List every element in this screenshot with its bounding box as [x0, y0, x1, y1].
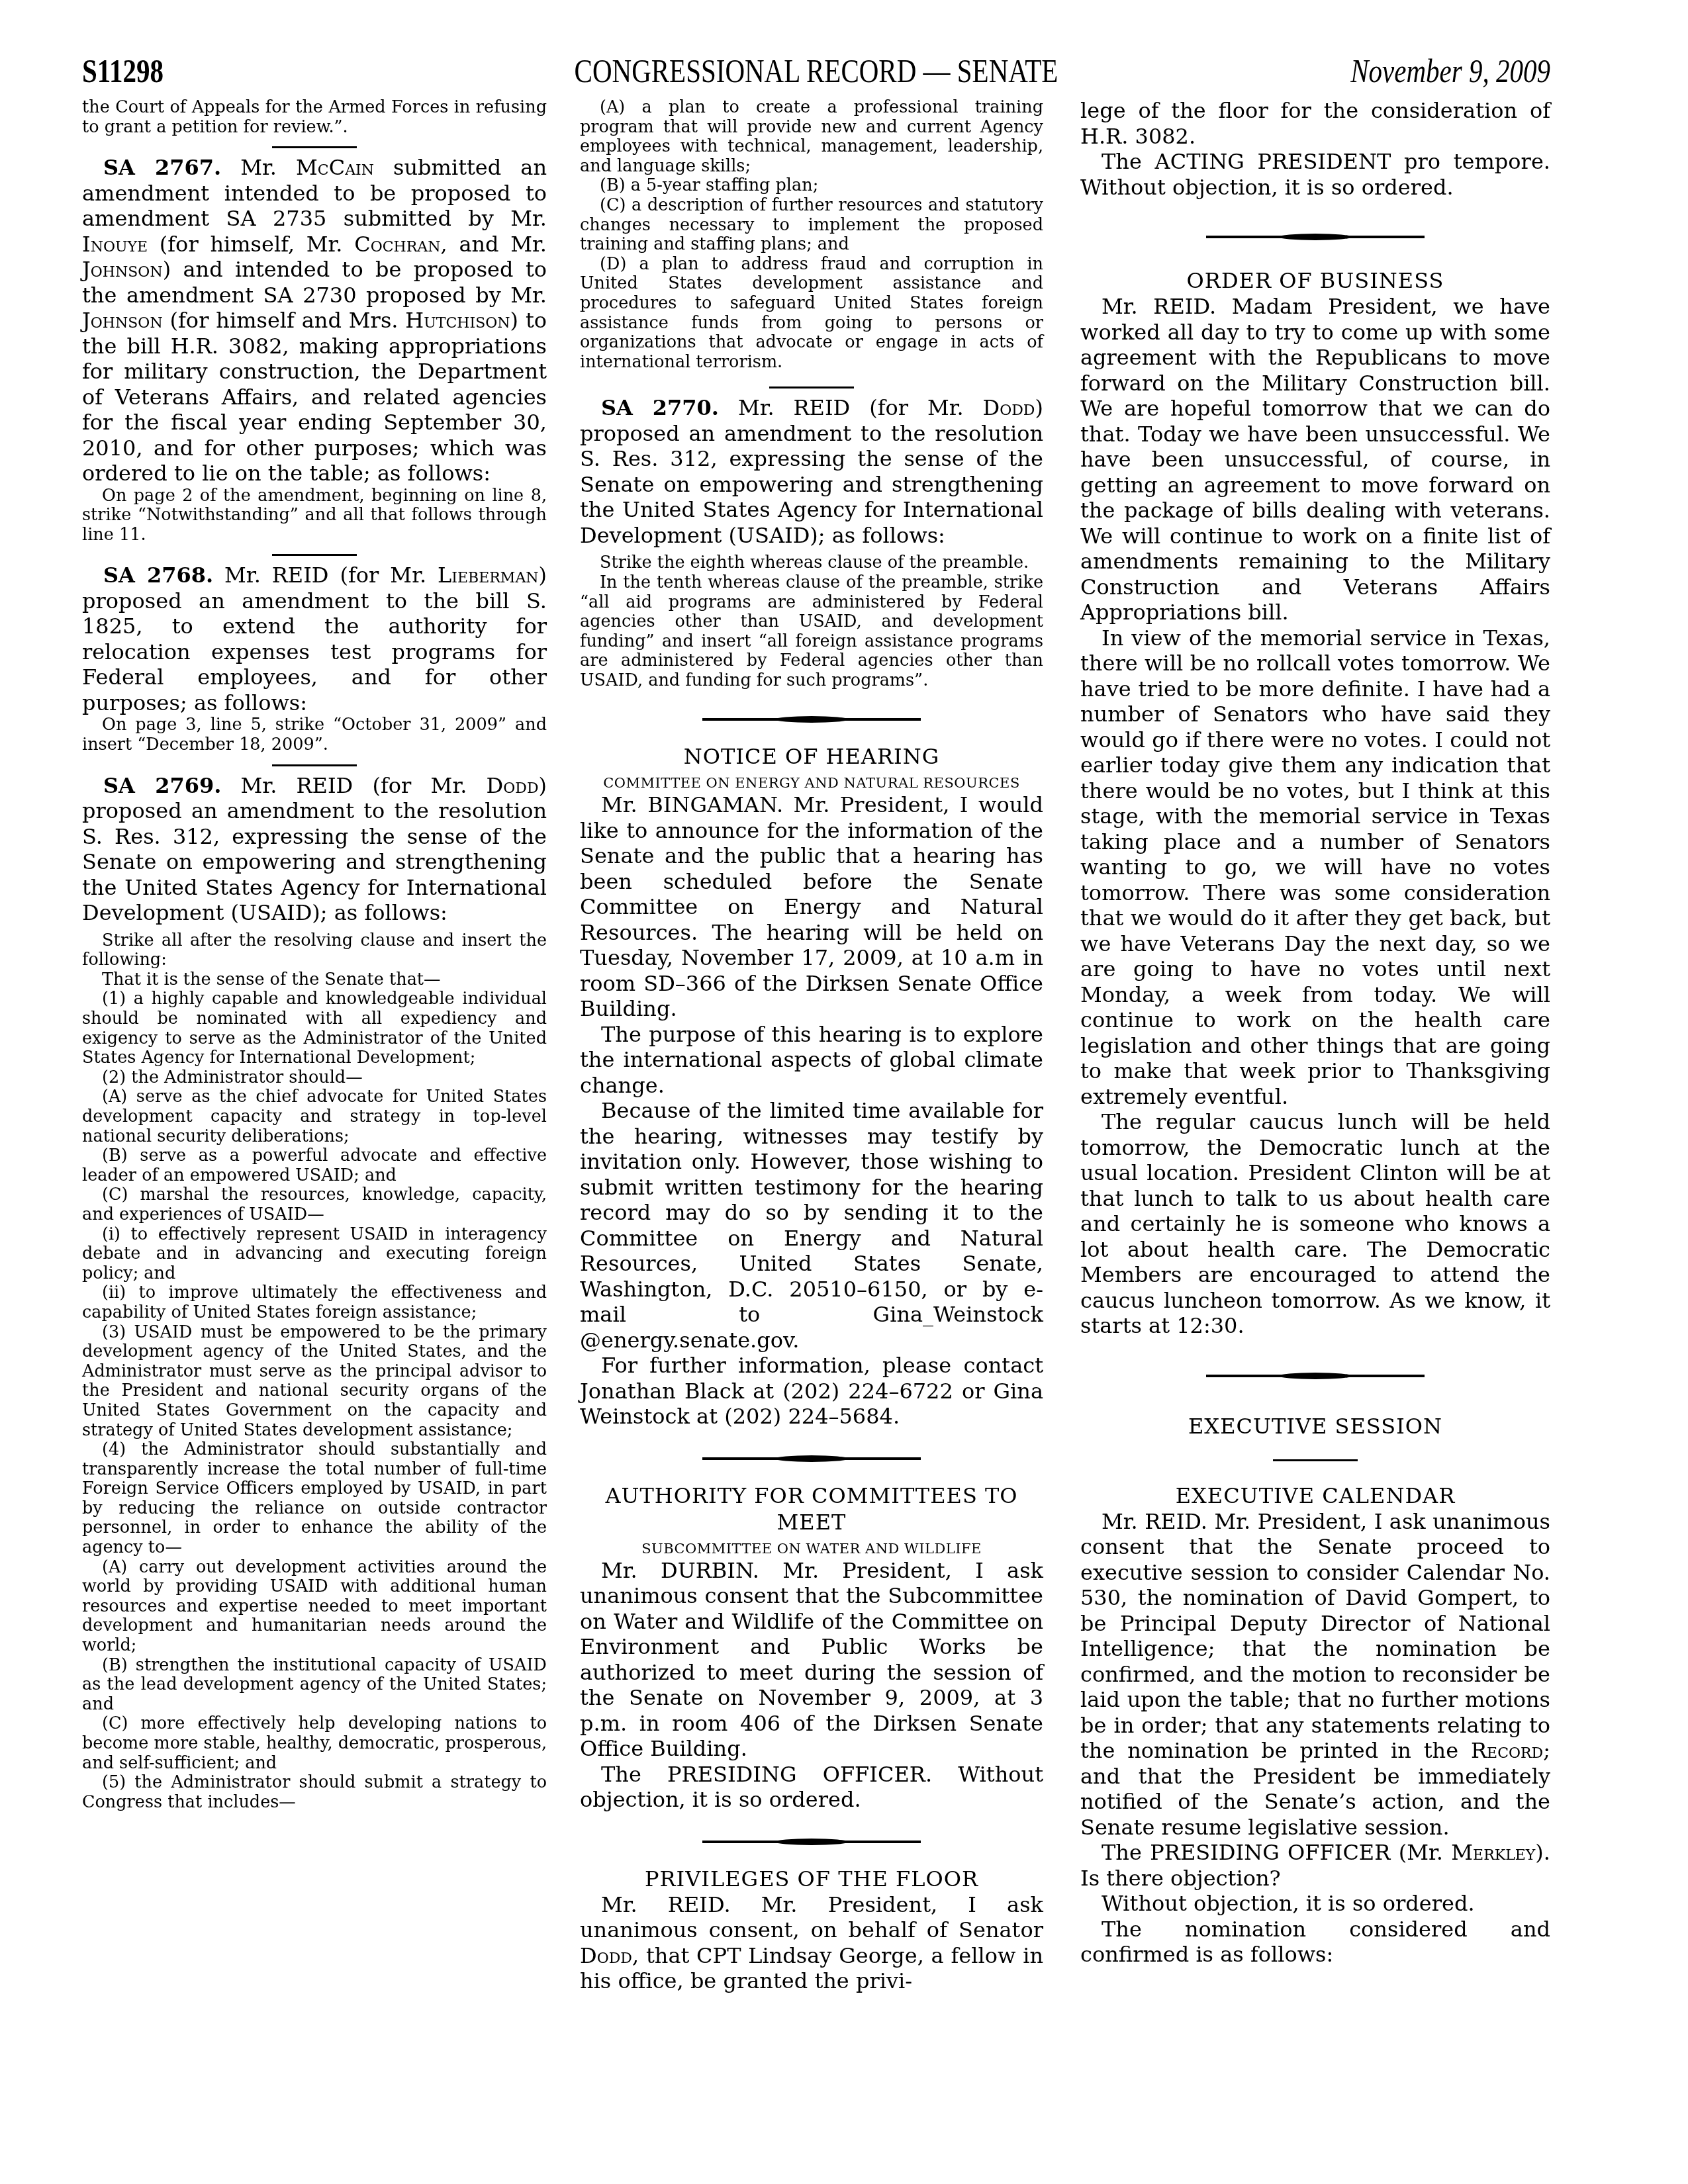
paragraph: Mr. DURBIN. Mr. President, I ask unanimo…	[580, 1558, 1043, 1762]
section-heading-privileges-of-the-floor: PRIVILEGES OF THE FLOOR	[580, 1866, 1043, 1892]
paragraph: Mr. REID. Mr. President, I ask unanimous…	[580, 1892, 1043, 1994]
continued-text: the Court of Appeals for the Armed Force…	[82, 98, 547, 137]
paragraph: Mr. REID. Mr. President, I ask unanimous…	[1080, 1509, 1550, 1841]
paragraph: The purpose of this hearing is to explor…	[580, 1022, 1043, 1099]
divider-rule	[769, 387, 854, 388]
amendment-item: (1) a highly capable and knowledgeable i…	[82, 989, 547, 1068]
amendment-item: In the tenth whereas clause of the pream…	[580, 573, 1043, 691]
amendment-text: On page 3, line 5, strike “October 31, 2…	[82, 715, 547, 754]
amendment-item: (B) a 5-year staffing plan;	[580, 176, 1043, 196]
amendment-item: (C) more effectively help developing nat…	[82, 1714, 547, 1773]
amendment-item: (i) to effectively represent USAID in in…	[82, 1225, 547, 1284]
paragraph: Mr. REID. Madam President, we have worke…	[1080, 294, 1550, 625]
section-heading-notice-of-hearing: NOTICE OF HEARING	[580, 743, 1043, 770]
amendment-item: (2) the Administrator should—	[82, 1068, 547, 1088]
column-1: the Court of Appeals for the Armed Force…	[82, 98, 547, 1812]
amendment-item: That it is the sense of the Senate that—	[82, 970, 547, 990]
amendment-item: Strike all after the resolving clause an…	[82, 931, 547, 970]
amendment-item: (B) serve as a powerful advocate and eff…	[82, 1146, 547, 1185]
amendment-text: On page 2 of the amendment, beginning on…	[82, 486, 547, 545]
paragraph: The regular caucus lunch will be held to…	[1080, 1109, 1550, 1339]
amendment-item: (A) carry out development activities aro…	[82, 1558, 547, 1656]
paragraph: The ACTING PRESIDENT pro tempore. Withou…	[1080, 149, 1550, 200]
section-ornament-rule	[702, 1455, 921, 1463]
divider-rule	[272, 764, 357, 766]
paragraph: In view of the memorial service in Texas…	[1080, 625, 1550, 1110]
amendment-label: SA 2767.	[103, 155, 221, 180]
section-heading-order-of-business: ORDER OF BUSINESS	[1080, 267, 1550, 294]
amendment-item: (5) the Administrator should submit a st…	[82, 1773, 547, 1812]
amendment-label: SA 2769.	[103, 773, 221, 798]
page-number: S11298	[82, 52, 164, 90]
amendment-item: Strike the eighth whereas clause of the …	[580, 553, 1043, 573]
amendment-item: (C) marshal the resources, knowledge, ca…	[82, 1185, 547, 1224]
publication-title: CONGRESSIONAL RECORD — SENATE	[214, 52, 1419, 90]
section-ornament-rule	[702, 1838, 921, 1846]
section-ornament-rule	[1206, 1372, 1425, 1380]
paragraph: Because of the limited time available fo…	[580, 1098, 1043, 1353]
section-subheading: SUBCOMMITTEE ON WATER AND WILDLIFE	[580, 1539, 1043, 1558]
amendment-label: SA 2768.	[103, 563, 213, 588]
column-3: lege of the floor for the consideration …	[1080, 98, 1550, 1968]
divider-rule	[1273, 1459, 1358, 1461]
amendment-sa-2767: SA 2767. Mr. McCain submitted an amendme…	[82, 155, 547, 486]
paragraph: Mr. BINGAMAN. Mr. President, I would lik…	[580, 792, 1043, 1022]
amendment-item: (A) serve as the chief advocate for Unit…	[82, 1087, 547, 1146]
paragraph: Without objection, it is so ordered.	[1080, 1891, 1550, 1917]
amendment-item: (A) a plan to create a professional trai…	[580, 98, 1043, 176]
amendment-item: (3) USAID must be empowered to be the pr…	[82, 1323, 547, 1441]
continued-text: lege of the floor for the consideration …	[1080, 98, 1550, 149]
column-2: (A) a plan to create a professional trai…	[580, 98, 1043, 1994]
amendment-sa-2769: SA 2769. Mr. REID (for Mr. Dodd) propose…	[82, 773, 547, 926]
divider-rule	[272, 146, 357, 148]
amendment-item: (B) strengthen the institutional capacit…	[82, 1656, 547, 1715]
paragraph: The nomination considered and confirmed …	[1080, 1917, 1550, 1968]
amendment-item: (ii) to improve ultimately the effective…	[82, 1283, 547, 1322]
amendment-item: (C) a description of further resources a…	[580, 196, 1043, 255]
amendment-sa-2770: SA 2770. Mr. REID (for Mr. Dodd) propose…	[580, 395, 1043, 548]
amendment-label: SA 2770.	[601, 395, 719, 420]
amendment-item: (4) the Administrator should substantial…	[82, 1440, 547, 1558]
section-ornament-rule	[1206, 233, 1425, 241]
section-subheading: COMMITTEE ON ENERGY AND NATURAL RESOURCE…	[580, 774, 1043, 792]
section-heading-authority-for-committees: AUTHORITY FOR COMMITTEES TO MEET	[580, 1482, 1043, 1535]
divider-rule	[272, 554, 357, 556]
page-header: S11298 CONGRESSIONAL RECORD — SENATE Nov…	[82, 52, 1550, 98]
section-heading-executive-session: EXECUTIVE SESSION	[1080, 1413, 1550, 1439]
section-ornament-rule	[702, 715, 921, 723]
paragraph: For further information, please contact …	[580, 1353, 1043, 1430]
section-heading-executive-calendar: EXECUTIVE CALENDAR	[1080, 1482, 1550, 1509]
paragraph: The PRESIDING OFFICER. Without objection…	[580, 1762, 1043, 1813]
issue-date: November 9, 2009	[1350, 52, 1550, 90]
amendment-item: (D) a plan to address fraud and corrupti…	[580, 255, 1043, 373]
amendment-sa-2768: SA 2768. Mr. REID (for Mr. Lieberman) pr…	[82, 563, 547, 715]
paragraph: The PRESIDING OFFICER (Mr. Merkley). Is …	[1080, 1840, 1550, 1891]
